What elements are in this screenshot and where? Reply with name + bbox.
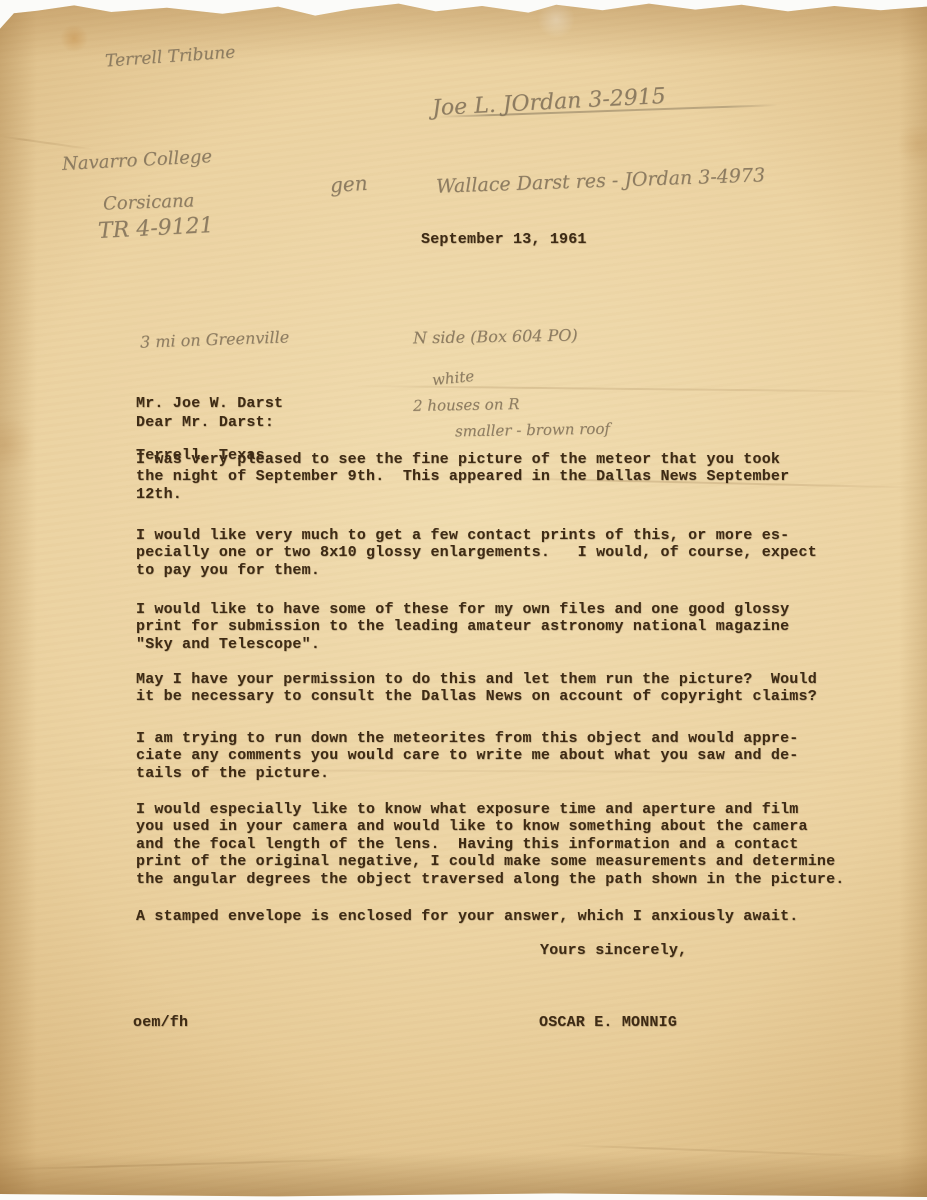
crease-line	[0, 1158, 390, 1171]
handwritten-note-gen: gen	[329, 171, 368, 198]
paragraph-4: May I have your permission to do this an…	[136, 671, 817, 706]
paragraph-6: I would especially like to know what exp…	[136, 801, 845, 888]
date-line: September 13, 1961	[421, 231, 587, 248]
salutation: Dear Mr. Darst:	[136, 414, 274, 431]
handwritten-note-two-houses: 2 houses on R	[413, 395, 520, 415]
handwritten-note-three-mi-greenville: 3 mi on Greenville	[140, 327, 290, 351]
signature-name: OSCAR E. MONNIG	[539, 1014, 677, 1031]
closing-line: Yours sincerely,	[540, 942, 687, 959]
handwritten-note-navarro-college: Navarro College	[62, 146, 213, 175]
handwritten-note-phone-tr: TR 4-9121	[97, 213, 214, 244]
handwritten-note-terrell-tribune: Terrell Tribune	[104, 42, 235, 71]
paragraph-1: I was very pleased to see the fine pictu…	[136, 451, 789, 503]
handwritten-note-wallace-darst-phone: Wallace Darst res - JOrdan 3-4973	[436, 164, 766, 197]
handwritten-note-white: white	[431, 367, 475, 389]
paragraph-5: I am trying to run down the meteorites f…	[136, 730, 799, 782]
handwritten-note-smaller-brown-roof: smaller - brown roof	[455, 420, 610, 441]
paragraph-2: I would like very much to get a few cont…	[136, 527, 817, 579]
crease-line	[0, 135, 94, 150]
letter-paper: Terrell Tribune Joe L. JOrdan 3-2915 Wal…	[0, 0, 927, 1200]
recipient-name: Mr. Joe W. Darst	[136, 395, 283, 412]
paragraph-3: I would like to have some of these for m…	[136, 601, 789, 653]
handwritten-note-n-side-box: N side (Box 604 PO)	[413, 326, 578, 348]
paragraph-7: A stamped envelope is enclosed for your …	[136, 908, 799, 925]
typist-initials: oem/fh	[133, 1014, 188, 1031]
handwritten-note-corsicana: Corsicana	[103, 190, 195, 214]
crease-line	[555, 1144, 900, 1158]
